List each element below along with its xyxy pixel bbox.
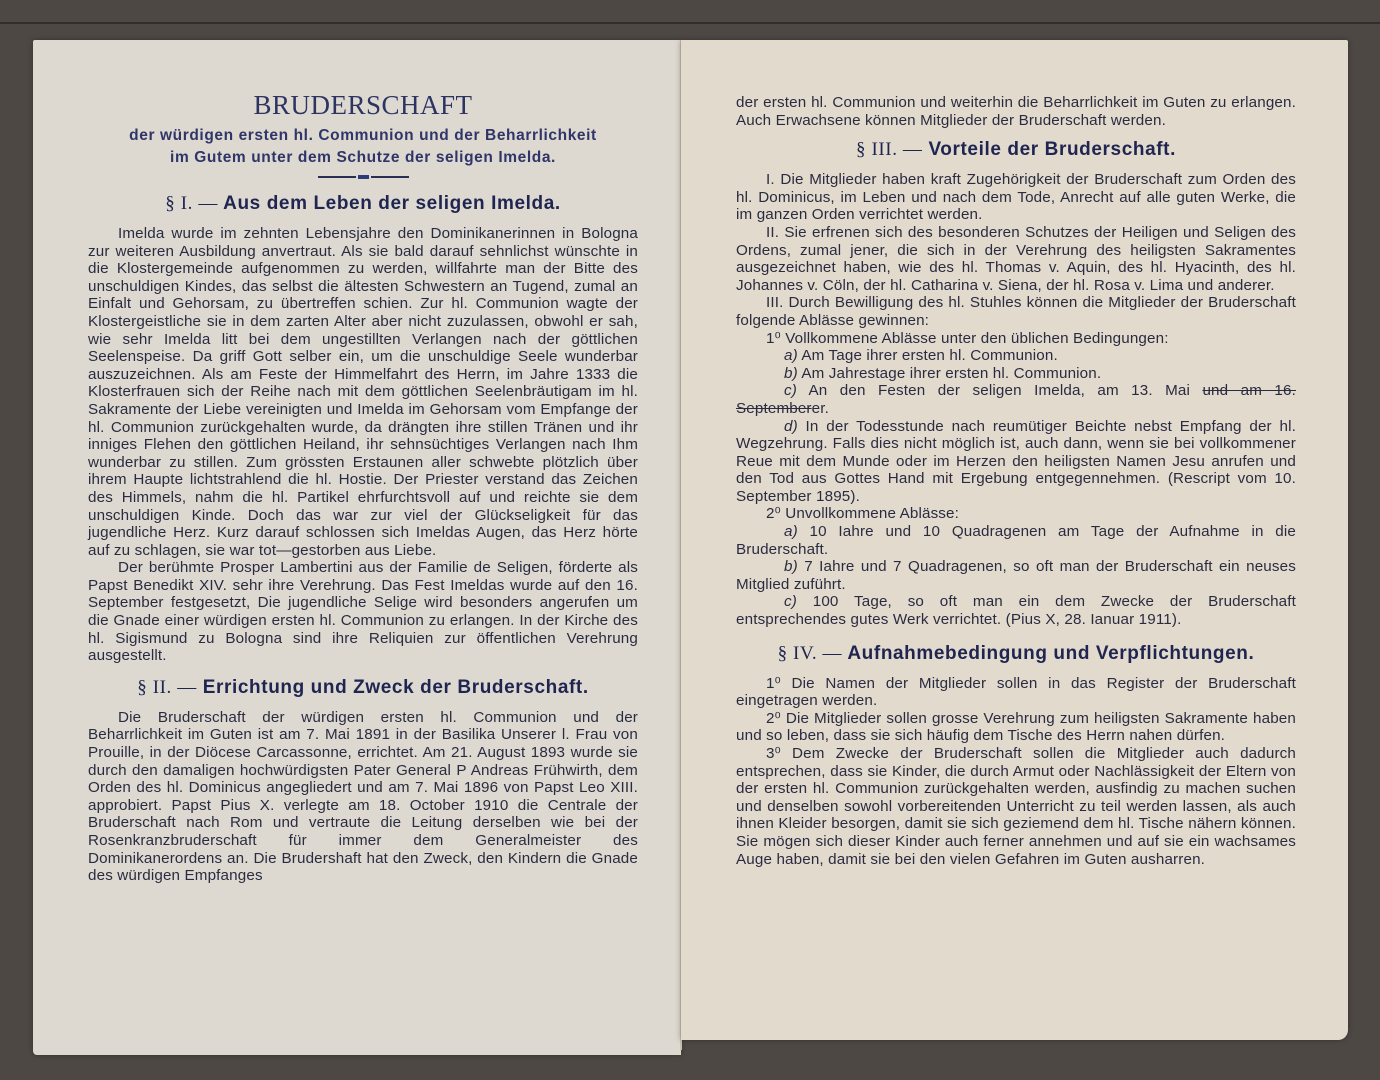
document-title: BRUDERSCHAFT [88, 90, 638, 121]
plenary-item-b: b) Am Jahrestage ihrer ersten hl. Commun… [736, 365, 1296, 383]
partial-item-a: a) 10 Iahre und 10 Quadragenen am Tage d… [736, 523, 1296, 558]
section-3-point-1: I. Die Mitglieder haben kraft Zugehörigk… [736, 171, 1296, 224]
item-label: c) [784, 593, 797, 610]
plenary-item-d: d) In der Todesstunde nach reumütiger Be… [736, 418, 1296, 506]
booklet-spread: BRUDERSCHAFT der würdigen ersten hl. Com… [33, 40, 1348, 1065]
item-label: b) [784, 365, 798, 382]
section-3-point-2: II. Sie erfrenen sich des besonderen Sch… [736, 224, 1296, 294]
section-number: § III. — [856, 139, 923, 160]
section-2-continuation: der ersten hl. Communion und weiterhin d… [736, 94, 1296, 129]
partial-item-b: b) 7 Iahre und 7 Quadragenen, so oft man… [736, 558, 1296, 593]
background-edge [0, 22, 1380, 24]
item-label: a) [784, 347, 798, 364]
ornament-center [358, 175, 369, 179]
right-page: der ersten hl. Communion und weiterhin d… [681, 40, 1348, 1040]
item-label: c) [784, 382, 797, 399]
subtitle-line-2: im Gutem unter dem Schutze der seligen I… [78, 147, 648, 169]
item-label: a) [784, 523, 798, 540]
item-text: In der Todesstunde nach reumütiger Beich… [736, 418, 1296, 505]
section-4-heading: § IV. — Aufnahmebedingung und Verpflicht… [736, 643, 1296, 665]
item-text: 100 Tage, so oft man ein dem Zwecke der … [736, 593, 1296, 628]
item-label: b) [784, 558, 798, 575]
subtitle-line-1: der würdigen ersten hl. Communion und de… [78, 125, 648, 147]
section-1-paragraph-1: Imelda wurde im zehnten Lebensjahre den … [88, 225, 638, 559]
document-subtitle: der würdigen ersten hl. Communion und de… [78, 125, 648, 169]
section-4-point-3: 3⁰ Dem Zwecke der Bruderschaft sollen di… [736, 745, 1296, 868]
item-text: Am Tage ihrer ersten hl. Communion. [801, 347, 1058, 364]
plenary-item-a: a) Am Tage ihrer ersten hl. Communion. [736, 347, 1296, 365]
ornament-line [318, 176, 356, 178]
item-text: 7 Iahre und 7 Quadragenen, so oft man de… [736, 558, 1296, 593]
section-2-heading: § II. — Errichtung und Zweck der Bruders… [88, 677, 638, 699]
section-title: Aufnahmebedingung und Verpflichtungen. [847, 643, 1254, 664]
left-page: BRUDERSCHAFT der würdigen ersten hl. Com… [33, 40, 681, 1055]
section-4-point-1: 1⁰ Die Namen der Mitglieder sollen in da… [736, 675, 1296, 710]
section-3-heading: § III. — Vorteile der Bruderschaft. [736, 139, 1296, 161]
section-2-paragraph-1: Die Bruderschaft der würdigen ersten hl.… [88, 709, 638, 885]
section-number: § I. — [165, 193, 218, 214]
item-text: 10 Iahre und 10 Quadragenen am Tage der … [736, 523, 1296, 558]
ornament-divider [88, 175, 638, 179]
item-label: d) [784, 418, 798, 435]
section-number: § II. — [137, 677, 197, 698]
section-4-point-2: 2⁰ Die Mitglieder sollen grosse Verehrun… [736, 710, 1296, 745]
left-page-content: BRUDERSCHAFT der würdigen ersten hl. Com… [88, 90, 638, 885]
section-number: § IV. — [778, 643, 843, 664]
partial-indulgences-heading: 2⁰ Unvollkommene Ablässe: [736, 505, 1296, 523]
plenary-item-c: c) An den Festen der seligen Imelda, am … [736, 382, 1296, 417]
handwritten-correction: er. [812, 400, 829, 417]
section-title: Errichtung und Zweck der Bruderschaft. [203, 677, 589, 698]
partial-item-c: c) 100 Tage, so oft man ein dem Zwecke d… [736, 593, 1296, 628]
item-text: An den Festen der seligen Imelda, am 13.… [809, 382, 1191, 399]
section-title: Aus dem Leben der seligen Imelda. [223, 193, 561, 214]
section-1-paragraph-2: Der berühmte Prosper Lambertini aus der … [88, 559, 638, 665]
section-3-point-3: III. Durch Bewilligung des hl. Stuhles k… [736, 294, 1296, 329]
right-page-content: der ersten hl. Communion und weiterhin d… [736, 94, 1296, 868]
section-1-heading: § I. — Aus dem Leben der seligen Imelda. [88, 193, 638, 215]
item-text: Am Jahrestage ihrer ersten hl. Communion… [801, 365, 1101, 382]
section-title: Vorteile der Bruderschaft. [928, 139, 1176, 160]
plenary-indulgences-heading: 1⁰ Vollkommene Ablässe unter den übliche… [736, 330, 1296, 348]
ornament-line [371, 176, 409, 178]
